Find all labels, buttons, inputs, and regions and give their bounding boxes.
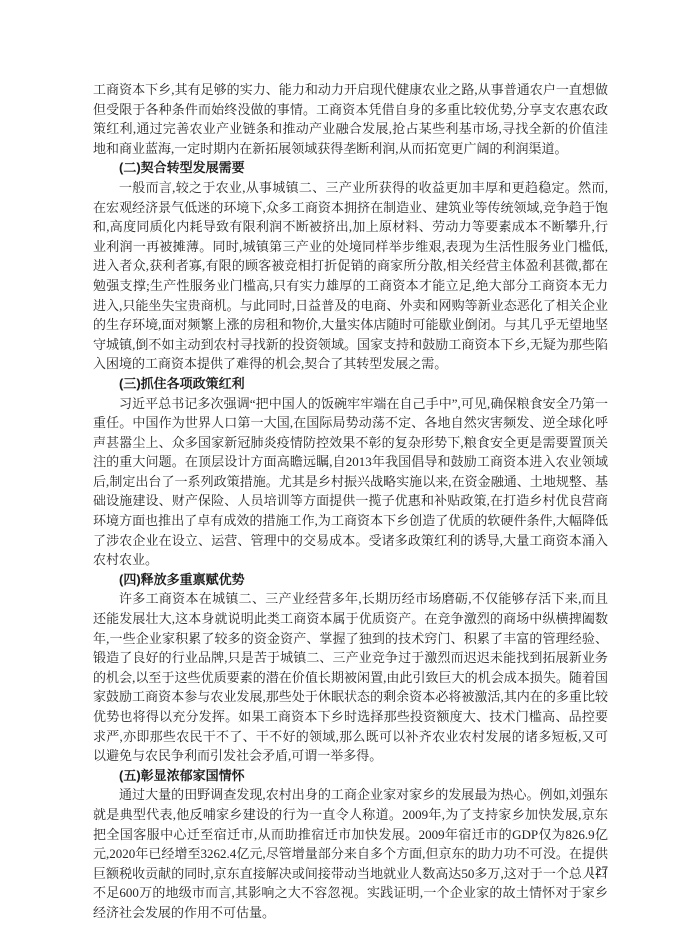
section-heading-3: (三)抓住各项政策红利	[93, 374, 608, 394]
paragraph-section-2: 一般而言,较之于农业,从事城镇二、三产业所获得的收益更加丰厚和更趋稳定。然而,在…	[93, 178, 608, 374]
book-page: 工商资本下乡,其有足够的实力、能力和动力开启现代健康农业之路,从事普通农户一直想…	[0, 0, 700, 943]
paragraph-section-3: 习近平总书记多次强调“把中国人的饭碗牢牢端在自己手中”,可见,确保粮食安全乃第一…	[93, 394, 608, 570]
paragraph-continuation: 工商资本下乡,其有足够的实力、能力和动力开启现代健康农业之路,从事普通农户一直想…	[93, 80, 608, 158]
section-heading-5: (五)彰显浓郁家国情怀	[93, 766, 608, 786]
paragraph-section-5: 通过大量的田野调查发现,农村出身的工商企业家对家乡的发展最为热心。例如,刘强东就…	[93, 785, 608, 922]
paragraph-section-4: 许多工商资本在城镇二、三产业经营多年,长期历经市场磨砺,不仅能够存活下来,而且还…	[93, 589, 608, 765]
page-number: 127	[93, 863, 608, 879]
section-heading-4: (四)释放多重禀赋优势	[93, 570, 608, 590]
section-heading-2: (二)契合转型发展需要	[93, 158, 608, 178]
text-body: 工商资本下乡,其有足够的实力、能力和动力开启现代健康农业之路,从事普通农户一直想…	[93, 80, 608, 923]
